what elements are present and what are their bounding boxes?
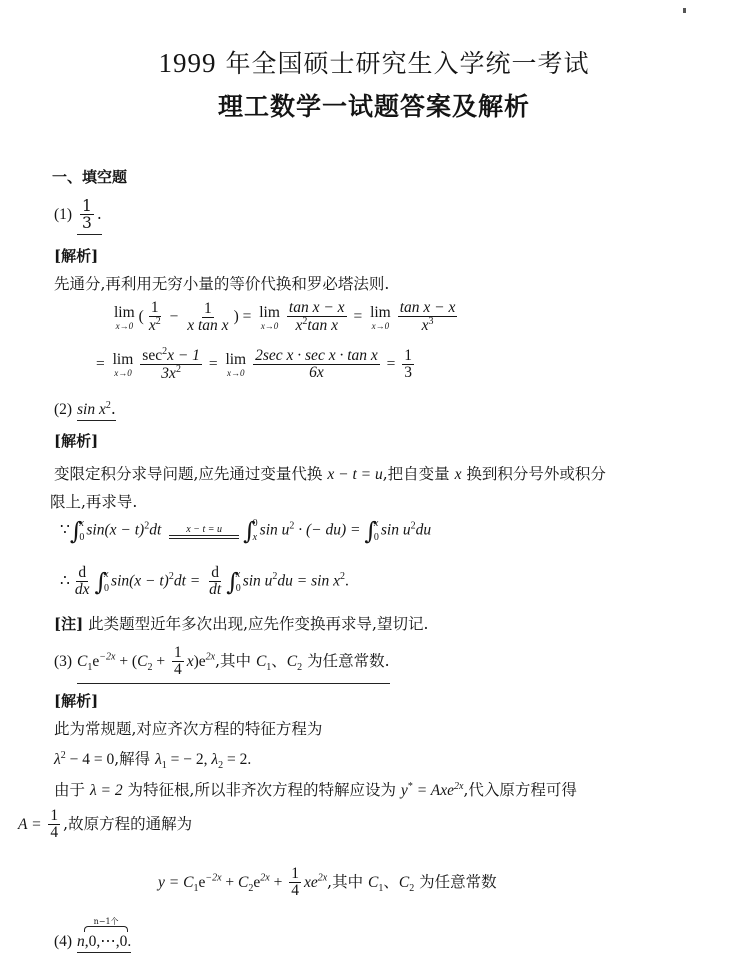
fraction: 2sec x · sec x · tan x6x [253,348,380,382]
var: x − 1 [167,347,200,364]
frac-den: 6x [307,365,326,381]
q3-general-solution: y = C1e−2x + C2e2x + 14xe2x,其中 C1、C2 为任意… [158,866,497,900]
var: C [399,874,409,891]
op: + ( [115,653,137,670]
sup: 2x [260,873,269,884]
frac-den: 3x2 [159,365,183,382]
var: C [137,653,147,670]
var: x [187,653,194,670]
period: . [127,933,131,950]
var: 3x [161,366,176,383]
q2-label: (2) [54,401,72,418]
fraction: 1x tan x [185,301,230,335]
sup: 3 [429,316,434,327]
lim-sub: x→0 [116,322,134,331]
frac-num: 1 [172,645,184,662]
op: = [205,355,222,372]
text: 为任意常数. [302,652,389,670]
lim: lim [370,304,391,322]
integrand: sin u [260,522,290,539]
q3-analysis-text1: 此为常规题,对应齐次方程的特征方程为 [54,717,322,739]
q2-equation-line2: ∴ddx∫x0sin(x − t)2dt = ddt∫x0sin u2du = … [60,565,349,599]
brace-label: n−1个 [94,918,119,926]
upper: x [374,517,379,531]
integrand: sin(x − t) [111,572,169,589]
text: 为任意常数 [414,873,496,891]
upper: x [236,568,241,582]
lim-sub: x→0 [261,322,279,331]
math: y [401,782,408,799]
fraction: tan x − xx3 [398,300,458,335]
lower: x [253,531,258,545]
text: du = sin x [277,572,340,589]
fraction: tan x − xx2tan x [287,300,347,335]
text: ,其中 [327,873,368,891]
sup: −2x [99,652,115,663]
document-title-line1: 1999 年全国硕士研究生入学统一考试 [0,44,748,80]
therefore-symbol: ∴ [60,572,70,589]
q1-label: (1) [54,206,72,223]
q1-analysis-text: 先通分,再利用无穷小量的等价代换和罗必塔法则. [54,272,389,294]
op: )e [194,653,206,670]
integral-limits: x0 [104,568,109,596]
text: 为特征根,所以非齐次方程的特解应设为 [123,781,401,799]
var: tan x [307,317,338,334]
paren: ( [139,308,144,325]
op: = [383,355,400,372]
lim-sub: x→0 [372,322,390,331]
frac-den: 3 [80,215,94,231]
q3-answer: (3) C1e−2x + (C2 + 14x)e2x,其中 C1、C2 为任意常… [54,645,390,684]
text: ,代入原方程可得 [463,781,576,799]
frac-num: 1 [202,301,214,318]
q4-label: (4) [54,933,72,950]
math: y = [158,874,183,891]
sup: 2x [206,652,215,663]
fraction: 1x2 [147,300,163,335]
fraction: sec2x − 13x2 [140,347,202,383]
q2-note: [注] 此类题型近年多次出现,应先作变换再求导,望切记. [54,612,428,634]
frac-num: 1 [149,300,161,317]
q2-analysis-text-line2: 限上,再求导. [50,490,137,512]
fraction: 14 [48,808,60,842]
note-text: 此类题型近年多次出现,应先作变换再求导,望切记. [83,615,428,633]
derivative-operator: ddt [207,565,223,599]
op: + [270,874,287,891]
text: dt = [174,572,204,589]
q3-answer-underline: C1e−2x + (C2 + 14x)e2x,其中 C1、C2 为任意常数. [77,645,389,684]
frac-num: tan x − x [287,300,347,317]
sup: 2 [176,364,181,375]
integral-limits: x0 [236,568,241,596]
integral-limits: x0 [79,517,84,545]
op: + [222,874,239,891]
integrand: sin u [243,572,273,589]
frac-num: 1 [48,808,60,825]
q1-analysis-tag: [解析] [54,245,98,266]
text: · (− du) = [294,522,364,539]
q4-answer-underline: nn−1个,0,⋯,0. [77,932,131,953]
math: − 4 = 0 [66,751,114,768]
substitution-arrow: x − t = u [169,524,239,539]
q4-answer: (4) nn−1个,0,⋯,0. [54,918,131,951]
q1-equation-line1: limx→0(1x2 − 1x tan x) = limx→0tan x − x… [110,300,460,335]
lim: lim [225,351,246,369]
limit-operator: limx→0 [259,304,280,331]
frac-num: 1 [402,348,414,365]
title-year: 1999 [159,48,217,78]
lambda: λ [54,751,61,768]
sup: −2x [205,873,221,884]
answer-tail: . [97,205,102,223]
math: A = [18,816,45,833]
math: = 2. [223,751,251,768]
integrand: sin u [381,522,411,539]
answer-text: sin x [77,401,106,418]
period: . [345,572,349,589]
differential: dt [149,522,161,539]
answer-tail: . [111,400,116,418]
math: = Axe [413,782,454,799]
frac-den: 4 [172,662,184,678]
q2-answer-underline: sin x2. [77,400,116,421]
differential: du [416,522,432,539]
op: = [96,355,109,372]
frac-num: 1 [289,866,301,883]
frac-num: d [209,565,221,582]
text: 由于 [54,781,90,799]
lower: 0 [79,531,84,545]
frac-den: x2 [147,317,163,334]
lim: lim [259,304,280,322]
text: 换到积分号外或积分 [461,465,605,483]
lim: lim [113,351,134,369]
because-symbol: ∵ [60,522,70,539]
q2-analysis-text-line1: 变限定积分求导问题,应先通过变量代换 x − t = u,把自变量 x 换到积分… [54,462,606,484]
var: x [422,317,429,334]
text: ,把自变量 [383,465,455,483]
var: C [287,653,297,670]
var: C [77,653,87,670]
text: ,解得 [114,750,155,768]
q1-equation-line2: = limx→0sec2x − 13x2 = limx→02sec x · se… [96,347,417,383]
scan-speck [683,8,686,13]
var: C [238,874,248,891]
sep: 、 [271,652,287,670]
lim-sub: x→0 [114,369,132,378]
text: 变限定积分求导问题,应先通过变量代换 [54,465,327,483]
document-title-line2: 理工数学一试题答案及解析 [0,87,748,123]
var: C [368,874,378,891]
fraction: 14 [289,866,301,900]
var: n [77,933,85,950]
q1-answer: (1) 13. [54,198,102,235]
upper: x [79,517,84,531]
text: ,其中 [215,652,256,670]
op: = [350,308,367,325]
upper: x [104,568,109,582]
lower: 0 [236,582,241,596]
note-tag: [注] [54,615,83,633]
op: − [166,308,183,325]
answer-text: ,0,⋯,0 [85,932,128,951]
q2-analysis-tag: [解析] [54,430,98,451]
limit-operator: limx→0 [113,351,134,378]
frac-den: 4 [289,883,301,899]
sec: sec [142,347,162,364]
double-line [169,535,239,539]
sup: 2x [318,873,327,884]
frac-num: tan x − x [398,300,458,317]
frac-num: sec2x − 1 [140,347,202,365]
overbrace: n−1个,0,⋯,0 [85,918,128,951]
frac-den: x2tan x [294,317,340,334]
lower: 0 [104,582,109,596]
frac-den: 3 [402,365,414,381]
frac-den: dt [207,582,223,598]
frac-num: d [76,565,88,582]
frac-den: dx [73,582,92,598]
q3-label: (3) [54,653,72,670]
frac-den: x3 [420,317,436,334]
q2-equation-line1: ∵∫x0sin(x − t)2dt x − t = u∫0xsin u2 · (… [60,517,431,545]
math: xe [304,874,318,891]
lim: lim [114,304,135,322]
frac-num: 2sec x · sec x · tan x [253,348,380,365]
integral-limits: x0 [374,517,379,545]
subst-label: x − t = u [186,524,222,535]
lambda: λ [155,751,162,768]
q3-analysis-tag: [解析] [54,690,98,711]
frac-num: 1 [80,198,94,215]
var: C [256,653,266,670]
op: + [152,653,169,670]
limit-operator: limx→0 [370,304,391,331]
lim-sub: x→0 [227,369,245,378]
limit-operator: limx→0 [114,304,135,331]
limit-operator: limx→0 [225,351,246,378]
q2-answer: (2) sin x2. [54,400,116,419]
integral-limits: 0x [253,517,258,545]
q3-characteristic-equation: λ2 − 4 = 0,解得 λ1 = − 2, λ2 = 2. [54,747,251,771]
q3-analysis-text2: 由于 λ = 2 为特征根,所以非齐次方程的特解应设为 y* = Axe2x,代… [54,778,577,800]
q3-analysis-text3: A = 14,故原方程的通解为 [18,808,192,842]
op: = [239,308,256,325]
frac-den: 4 [48,825,60,841]
sep: 、 [383,873,399,891]
title-text: 年全国硕士研究生入学统一考试 [217,49,590,78]
math: = − 2, [167,751,212,768]
q1-answer-fraction: 13 [80,198,94,232]
frac-den: x tan x [185,318,230,334]
fraction: 13 [402,348,414,382]
fraction: 14 [172,645,184,679]
var: x [149,317,156,334]
derivative-operator: ddx [73,565,92,599]
text: ,故原方程的通解为 [63,815,192,833]
q1-answer-underline: 13. [77,198,102,235]
sup: 2 [156,316,161,327]
section-heading: 一、填空题 [52,166,127,187]
lower: 0 [374,531,379,545]
integrand: sin(x − t) [86,522,144,539]
math: x − t = u [327,466,382,483]
var: C [183,874,193,891]
math: λ = 2 [90,782,123,799]
upper: 0 [253,517,258,531]
